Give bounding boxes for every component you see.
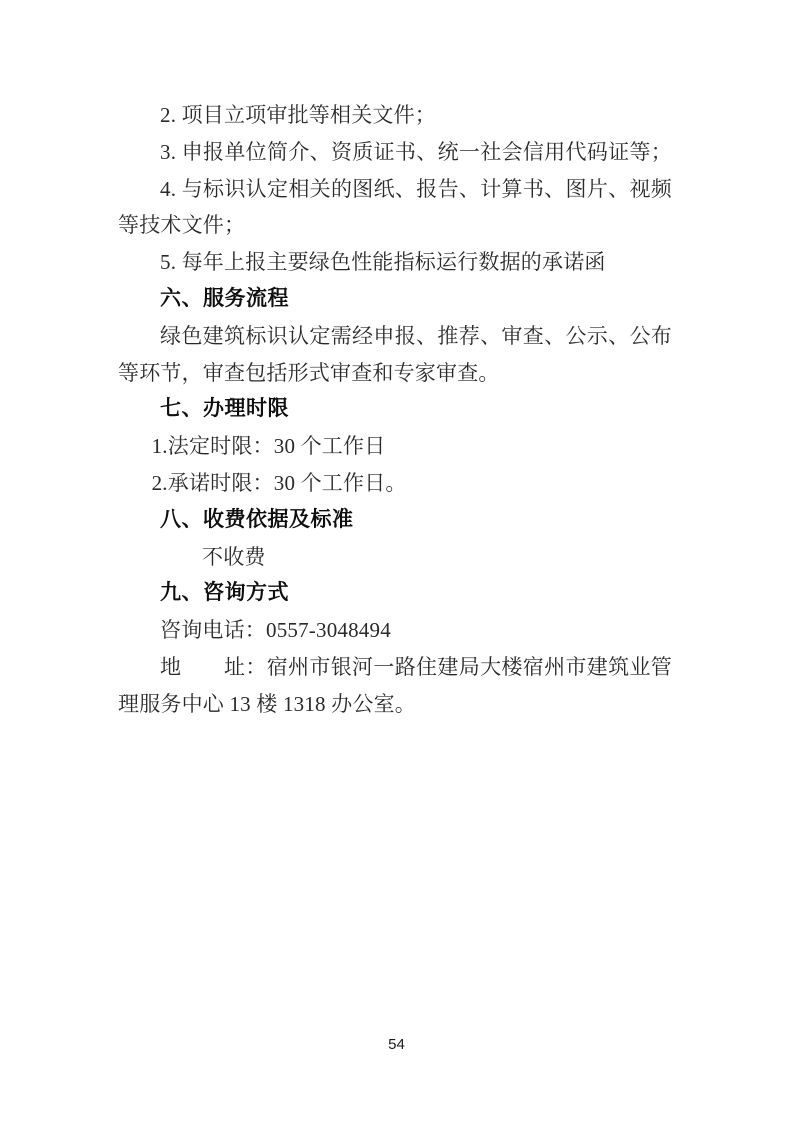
- document-body: 2. 项目立项审批等相关文件； 3. 申报单位简介、资质证书、统一社会信用代码证…: [118, 97, 672, 723]
- text-line-item-5: 5. 每年上报主要绿色性能指标运行数据的承诺函: [118, 244, 672, 281]
- text-line-item-4: 4. 与标识认定相关的图纸、报告、计算书、图片、视频: [118, 171, 672, 208]
- text-line-item-2: 2. 项目立项审批等相关文件；: [118, 97, 672, 134]
- heading-section-6: 六、服务流程: [118, 281, 672, 318]
- text-line-item-4-cont: 等技术文件；: [118, 207, 672, 244]
- page-number: 54: [0, 1036, 793, 1054]
- text-line-no-fee: 不收费: [118, 539, 672, 576]
- text-line-item-3: 3. 申报单位简介、资质证书、统一社会信用代码证等；: [118, 134, 672, 171]
- heading-section-8: 八、收费依据及标准: [118, 502, 672, 539]
- text-line-process-cont: 等环节，审查包括形式审查和专家审查。: [118, 355, 672, 392]
- heading-section-7: 七、办理时限: [118, 391, 672, 428]
- text-line-statutory-limit: 1.法定时限：30 个工作日: [118, 428, 672, 465]
- heading-section-9: 九、咨询方式: [118, 575, 672, 612]
- text-line-address: 地 址：宿州市银河一路住建局大楼宿州市建筑业管: [118, 649, 672, 686]
- text-line-process: 绿色建筑标识认定需经申报、推荐、审查、公示、公布: [118, 318, 672, 355]
- text-line-promised-limit: 2.承诺时限：30 个工作日。: [118, 465, 672, 502]
- document-page: 2. 项目立项审批等相关文件； 3. 申报单位简介、资质证书、统一社会信用代码证…: [0, 0, 793, 1122]
- text-line-phone: 咨询电话：0557-3048494: [118, 612, 672, 649]
- text-line-address-cont: 理服务中心 13 楼 1318 办公室。: [118, 686, 672, 723]
